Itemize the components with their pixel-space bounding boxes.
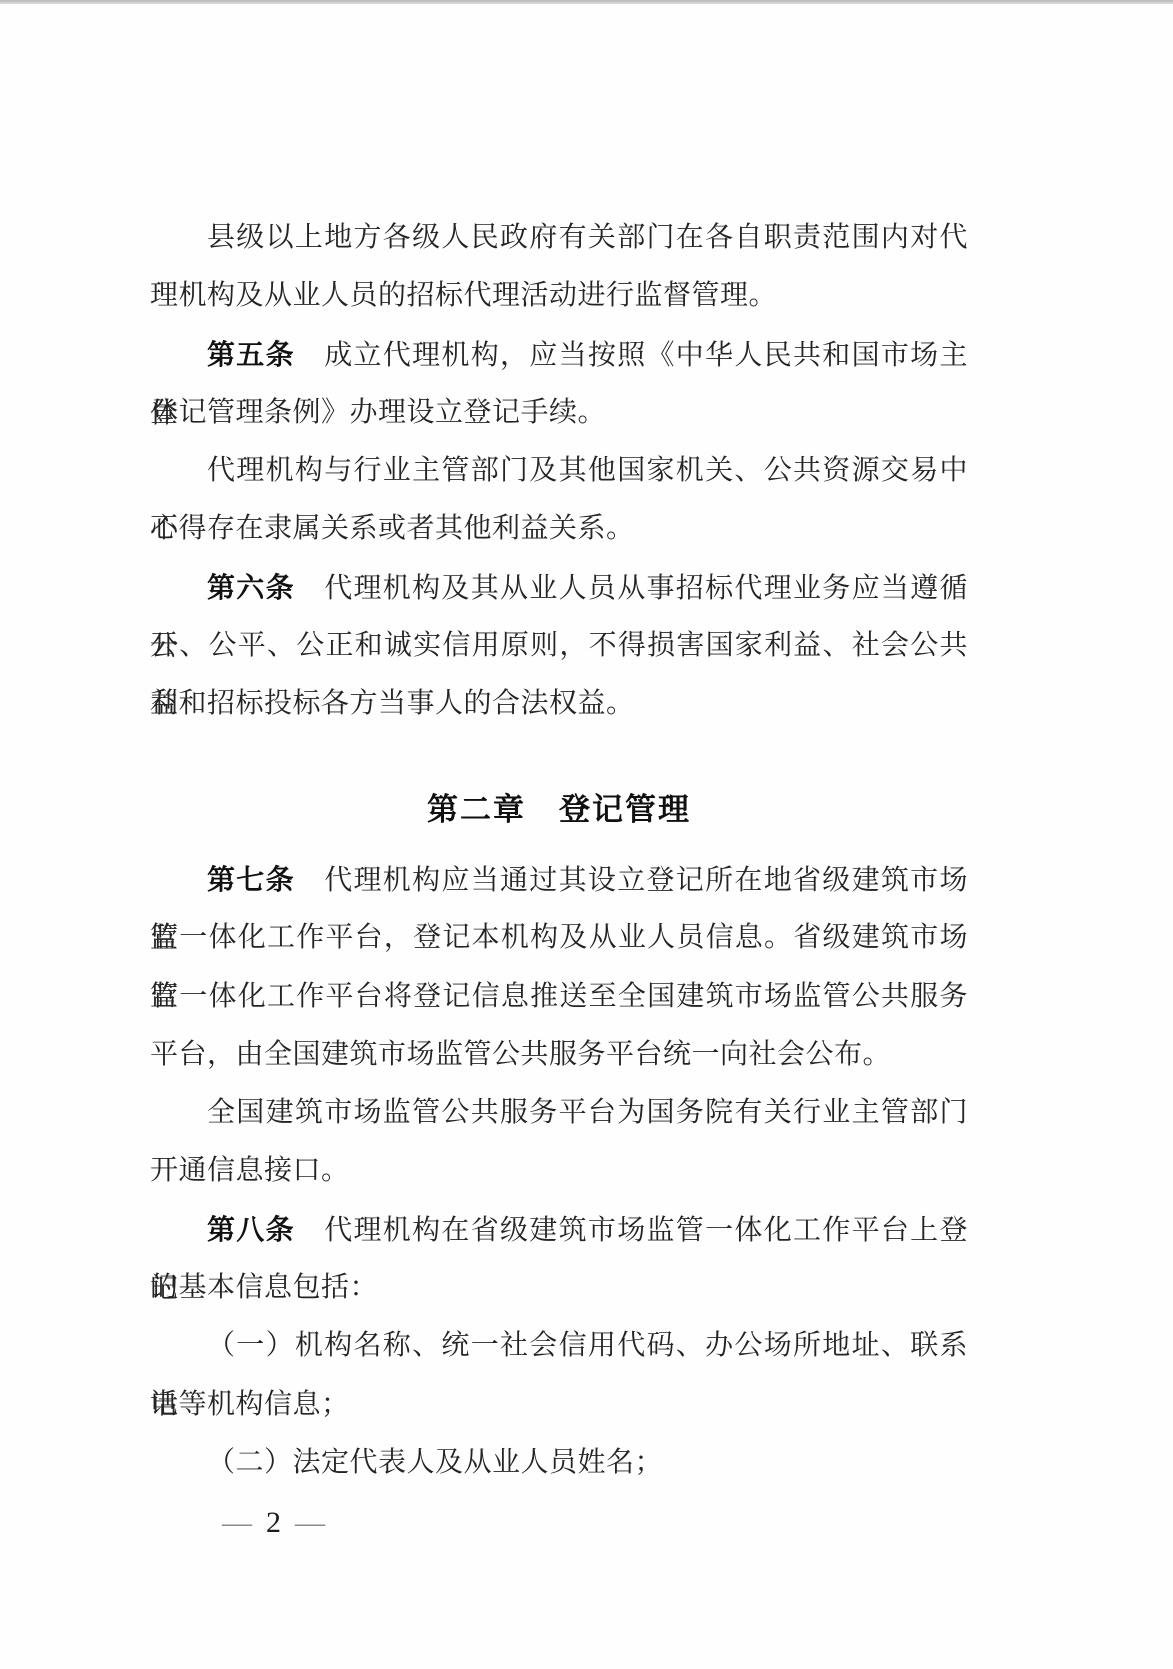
text-line: 开、公平、公正和诚实信用原则，不得损害国家利益、社会公共利 — [150, 617, 968, 675]
text-line: 管一体化工作平台将登记信息推送至全国建筑市场监管公共服务 — [150, 968, 968, 1026]
text-line: 不得存在隶属关系或者其他利益关系。 — [150, 500, 968, 558]
document-body: 县级以上地方各级人民政府有关部门在各自职责范围内对代理机构及从业人员的招标代理活… — [150, 209, 968, 1552]
text-line: 理机构及从业人员的招标代理活动进行监督管理。 — [150, 267, 968, 325]
text-line: 管一体化工作平台，登记本机构及从业人员信息。省级建筑市场监 — [150, 909, 968, 967]
article-number: 第六条 — [207, 572, 295, 603]
text-line: 第八条 代理机构在省级建筑市场监管一体化工作平台上登记 — [150, 1201, 968, 1259]
text-line: 第六条 代理机构及其从业人员从事招标代理业务应当遵循公 — [150, 559, 968, 617]
scan-edge-bar — [0, 0, 1173, 4]
page-number-right-dash: — — [281, 1506, 339, 1539]
text-line: 的基本信息包括： — [150, 1259, 968, 1317]
text-line: 益和招标投标各方当事人的合法权益。 — [150, 675, 968, 733]
page-number: —2— — [150, 1494, 968, 1552]
text-line: 县级以上地方各级人民政府有关部门在各自职责范围内对代 — [150, 209, 968, 267]
text-line: （一）机构名称、统一社会信用代码、办公场所地址、联系电 — [150, 1317, 968, 1375]
chapter-heading: 第二章 登记管理 — [150, 781, 968, 839]
page-number-left-dash: — — [208, 1506, 266, 1539]
article-number: 第八条 — [207, 1214, 295, 1245]
page-number-value: 2 — [266, 1506, 281, 1539]
text-line: 全国建筑市场监管公共服务平台为国务院有关行业主管部门 — [150, 1084, 968, 1142]
text-line: 话等机构信息； — [150, 1376, 968, 1434]
text-line: 代理机构与行业主管部门及其他国家机关、公共资源交易中心 — [150, 442, 968, 500]
text-line: 开通信息接口。 — [150, 1142, 968, 1200]
article-number: 第五条 — [207, 339, 295, 370]
text-line: 登记管理条例》办理设立登记手续。 — [150, 384, 968, 442]
article-number: 第七条 — [207, 864, 295, 895]
text-line: 第五条 成立代理机构，应当按照《中华人民共和国市场主体 — [150, 326, 968, 384]
text-line: （二）法定代表人及从业人员姓名； — [150, 1434, 968, 1492]
scanned-document-page: 县级以上地方各级人民政府有关部门在各自职责范围内对代理机构及从业人员的招标代理活… — [0, 0, 1173, 1669]
text-line: 平台，由全国建筑市场监管公共服务平台统一向社会公布。 — [150, 1026, 968, 1084]
text-line: 第七条 代理机构应当通过其设立登记所在地省级建筑市场监 — [150, 851, 968, 909]
